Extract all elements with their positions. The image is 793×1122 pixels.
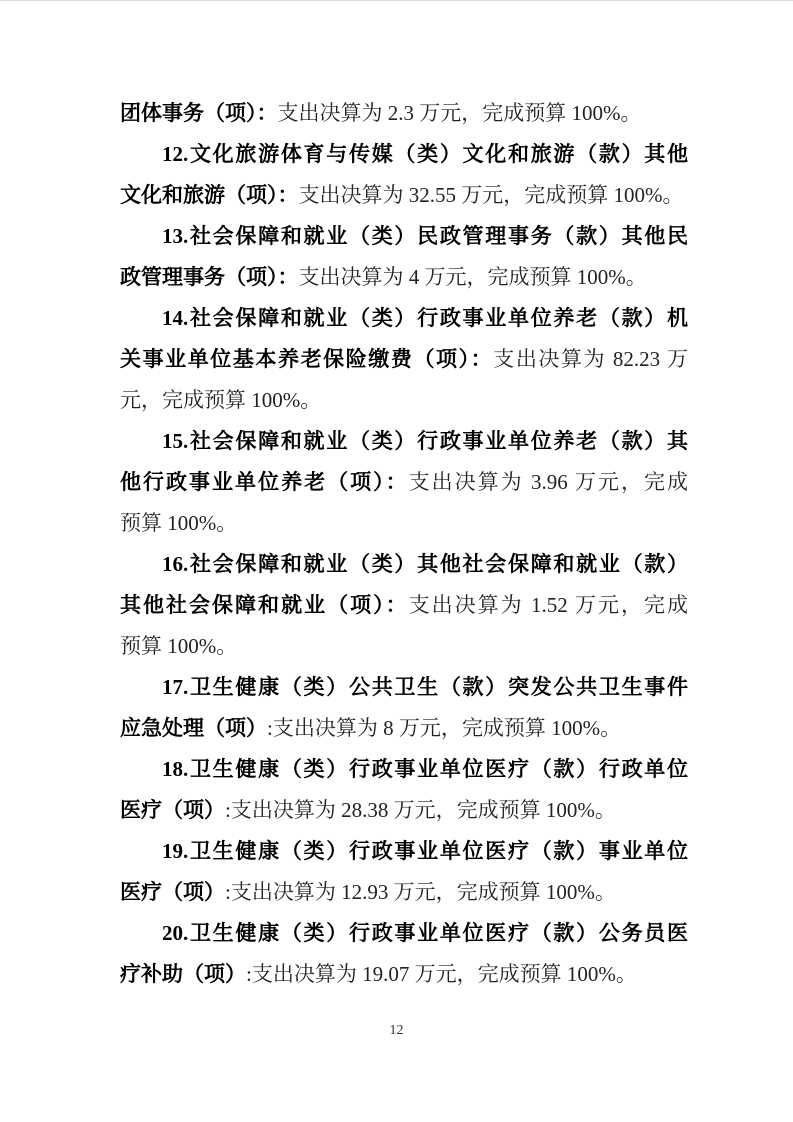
item-18: 18.卫生健康（类）行政事业单位医疗（款）行政单位医疗（项）:支出决算为 28.… (120, 749, 688, 831)
item-19: 19.卫生健康（类）行政事业单位医疗（款）事业单位医疗（项）:支出决算为 12.… (120, 831, 688, 913)
text-line: 12.文化旅游体育与传媒（类）文化和旅游（款）其他 (120, 134, 688, 175)
item-value-text: 支出决算为 2.3 万元，完成预算 100%。 (278, 101, 642, 125)
text-line: 他行政事业单位养老（项）：支出决算为 3.96 万元，完成 (120, 462, 688, 503)
item-value-text: 支出决算为 4 万元，完成预算 100%。 (299, 265, 647, 289)
item-heading-text: 15.社会保障和就业（类）行政事业单位养老（款）其 (162, 429, 688, 453)
document-page: 团体事务（项）：支出决算为 2.3 万元，完成预算 100%。12.文化旅游体育… (0, 0, 793, 1122)
item-heading-text: 他行政事业单位养老（项）： (120, 470, 409, 494)
item-value-text: 支出决算为 3.96 万元，完成 (409, 470, 688, 494)
item-heading-text: 13.社会保障和就业（类）民政管理事务（款）其他民 (162, 224, 688, 248)
text-line: 医疗（项）:支出决算为 28.38 万元，完成预算 100%。 (120, 790, 688, 831)
page-number: 12 (390, 1023, 404, 1038)
item-heading-text: 18.卫生健康（类）行政事业单位医疗（款）行政单位 (162, 757, 688, 781)
text-line: 应急处理（项）:支出决算为 8 万元，完成预算 100%。 (120, 708, 688, 749)
item-value-text: :支出决算为 19.07 万元，完成预算 100%。 (246, 962, 637, 986)
document-body: 团体事务（项）：支出决算为 2.3 万元，完成预算 100%。12.文化旅游体育… (120, 93, 688, 995)
item-heading-text: 团体事务（项）： (120, 101, 278, 125)
item-heading-text: 14.社会保障和就业（类）行政事业单位养老（款）机 (162, 306, 688, 330)
item-value-text: 支出决算为 32.55 万元，完成预算 100%。 (299, 183, 684, 207)
item-heading-text: 12.文化旅游体育与传媒（类）文化和旅游（款）其他 (162, 142, 688, 166)
item-heading-text: 疗补助（项） (120, 962, 246, 986)
text-line: 团体事务（项）：支出决算为 2.3 万元，完成预算 100%。 (120, 93, 688, 134)
item-15: 15.社会保障和就业（类）行政事业单位养老（款）其他行政事业单位养老（项）：支出… (120, 421, 688, 544)
text-line: 16.社会保障和就业（类）其他社会保障和就业（款） (120, 544, 688, 585)
item-heading-text: 政管理事务（项）： (120, 265, 299, 289)
item-heading-text: 20.卫生健康（类）行政事业单位医疗（款）公务员医 (162, 921, 688, 945)
text-line: 预算 100%。 (120, 503, 688, 544)
item-13: 13.社会保障和就业（类）民政管理事务（款）其他民政管理事务（项）：支出决算为 … (120, 216, 688, 298)
text-line: 元，完成预算 100%。 (120, 380, 688, 421)
item-value-text: 支出决算为 1.52 万元，完成 (409, 593, 688, 617)
item-value-text: 预算 100%。 (120, 511, 237, 535)
text-line: 医疗（项）:支出决算为 12.93 万元，完成预算 100%。 (120, 872, 688, 913)
item-heading-text: 16.社会保障和就业（类）其他社会保障和就业（款） (162, 552, 688, 576)
item-14: 14.社会保障和就业（类）行政事业单位养老（款）机关事业单位基本养老保险缴费（项… (120, 298, 688, 421)
item-heading-text: 关事业单位基本养老保险缴费（项）： (120, 347, 493, 371)
item-value-text: :支出决算为 8 万元，完成预算 100%。 (267, 716, 621, 740)
item-heading-text: 医疗（项） (120, 880, 225, 904)
item-heading-text: 医疗（项） (120, 798, 225, 822)
text-line: 政管理事务（项）：支出决算为 4 万元，完成预算 100%。 (120, 257, 688, 298)
item-value-text: 预算 100%。 (120, 634, 237, 658)
text-line: 疗补助（项）:支出决算为 19.07 万元，完成预算 100%。 (120, 954, 688, 995)
text-line: 17.卫生健康（类）公共卫生（款）突发公共卫生事件 (120, 667, 688, 708)
item-value-text: 元，完成预算 100%。 (120, 388, 321, 412)
item-16: 16.社会保障和就业（类）其他社会保障和就业（款）其他社会保障和就业（项）：支出… (120, 544, 688, 667)
text-line: 14.社会保障和就业（类）行政事业单位养老（款）机 (120, 298, 688, 339)
item-12: 12.文化旅游体育与传媒（类）文化和旅游（款）其他文化和旅游（项）：支出决算为 … (120, 134, 688, 216)
item-value-text: :支出决算为 28.38 万元，完成预算 100%。 (225, 798, 616, 822)
item-heading-text: 其他社会保障和就业（项）： (120, 593, 409, 617)
text-line: 15.社会保障和就业（类）行政事业单位养老（款）其 (120, 421, 688, 462)
item-17: 17.卫生健康（类）公共卫生（款）突发公共卫生事件应急处理（项）:支出决算为 8… (120, 667, 688, 749)
text-line: 18.卫生健康（类）行政事业单位医疗（款）行政单位 (120, 749, 688, 790)
item-heading-text: 文化和旅游（项）： (120, 183, 299, 207)
item-value-text: 支出决算为 82.23 万 (493, 347, 688, 371)
item-value-text: :支出决算为 12.93 万元，完成预算 100%。 (225, 880, 616, 904)
text-line: 13.社会保障和就业（类）民政管理事务（款）其他民 (120, 216, 688, 257)
text-line: 关事业单位基本养老保险缴费（项）：支出决算为 82.23 万 (120, 339, 688, 380)
text-line: 其他社会保障和就业（项）：支出决算为 1.52 万元，完成 (120, 585, 688, 626)
item-heading-text: 17.卫生健康（类）公共卫生（款）突发公共卫生事件 (162, 675, 688, 699)
text-line: 19.卫生健康（类）行政事业单位医疗（款）事业单位 (120, 831, 688, 872)
text-line: 预算 100%。 (120, 626, 688, 667)
text-line: 20.卫生健康（类）行政事业单位医疗（款）公务员医 (120, 913, 688, 954)
item-11-continuation: 团体事务（项）：支出决算为 2.3 万元，完成预算 100%。 (120, 93, 688, 134)
page-footer: 12 (0, 1023, 793, 1039)
item-20: 20.卫生健康（类）行政事业单位医疗（款）公务员医疗补助（项）:支出决算为 19… (120, 913, 688, 995)
item-heading-text: 19.卫生健康（类）行政事业单位医疗（款）事业单位 (162, 839, 688, 863)
text-line: 文化和旅游（项）：支出决算为 32.55 万元，完成预算 100%。 (120, 175, 688, 216)
item-heading-text: 应急处理（项） (120, 716, 267, 740)
